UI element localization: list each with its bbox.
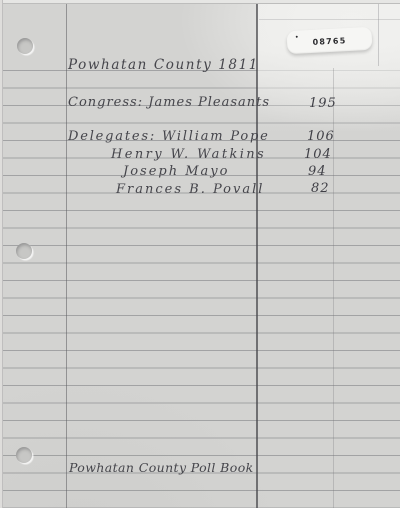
center-divider-line [256, 3, 258, 508]
page-top-edge [0, 0, 400, 4]
page-left-edge [0, 0, 3, 508]
page-title: Powhatan County 1811 [68, 57, 259, 73]
entry-label-delegate-mayo: Joseph Mayo [123, 164, 229, 179]
punch-hole-middle [16, 243, 32, 259]
catalog-number: 08765 [312, 35, 346, 47]
vote-count-congress: 195 [309, 96, 337, 111]
vote-count-pope: 106 [307, 129, 335, 144]
vote-count-watkins: 104 [304, 147, 332, 162]
catalog-label-sticker: 08765 [286, 27, 372, 54]
underlying-page-edge-vertical [378, 0, 379, 66]
entry-label-delegate-watkins: Henry W. Watkins [111, 147, 266, 162]
vote-count-povall: 82 [311, 181, 330, 196]
footer-note: Powhatan County Poll Book [69, 460, 254, 475]
underlying-page-edge-horizontal [259, 19, 400, 20]
vote-count-mayo: 94 [308, 164, 327, 179]
punch-hole-bottom [16, 447, 32, 463]
scanned-poll-book-page: 08765 Powhatan County 1811 Congress: Jam… [0, 0, 400, 508]
entry-label-delegate-povall: Frances B. Povall [116, 182, 264, 197]
entry-label-delegate-pope: Delegates: William Pope [68, 129, 270, 144]
sticker-pin-dot [296, 36, 298, 38]
entry-label-congress: Congress: James Pleasants [68, 95, 270, 110]
punch-hole-top [17, 38, 33, 54]
left-margin-line [66, 3, 67, 508]
